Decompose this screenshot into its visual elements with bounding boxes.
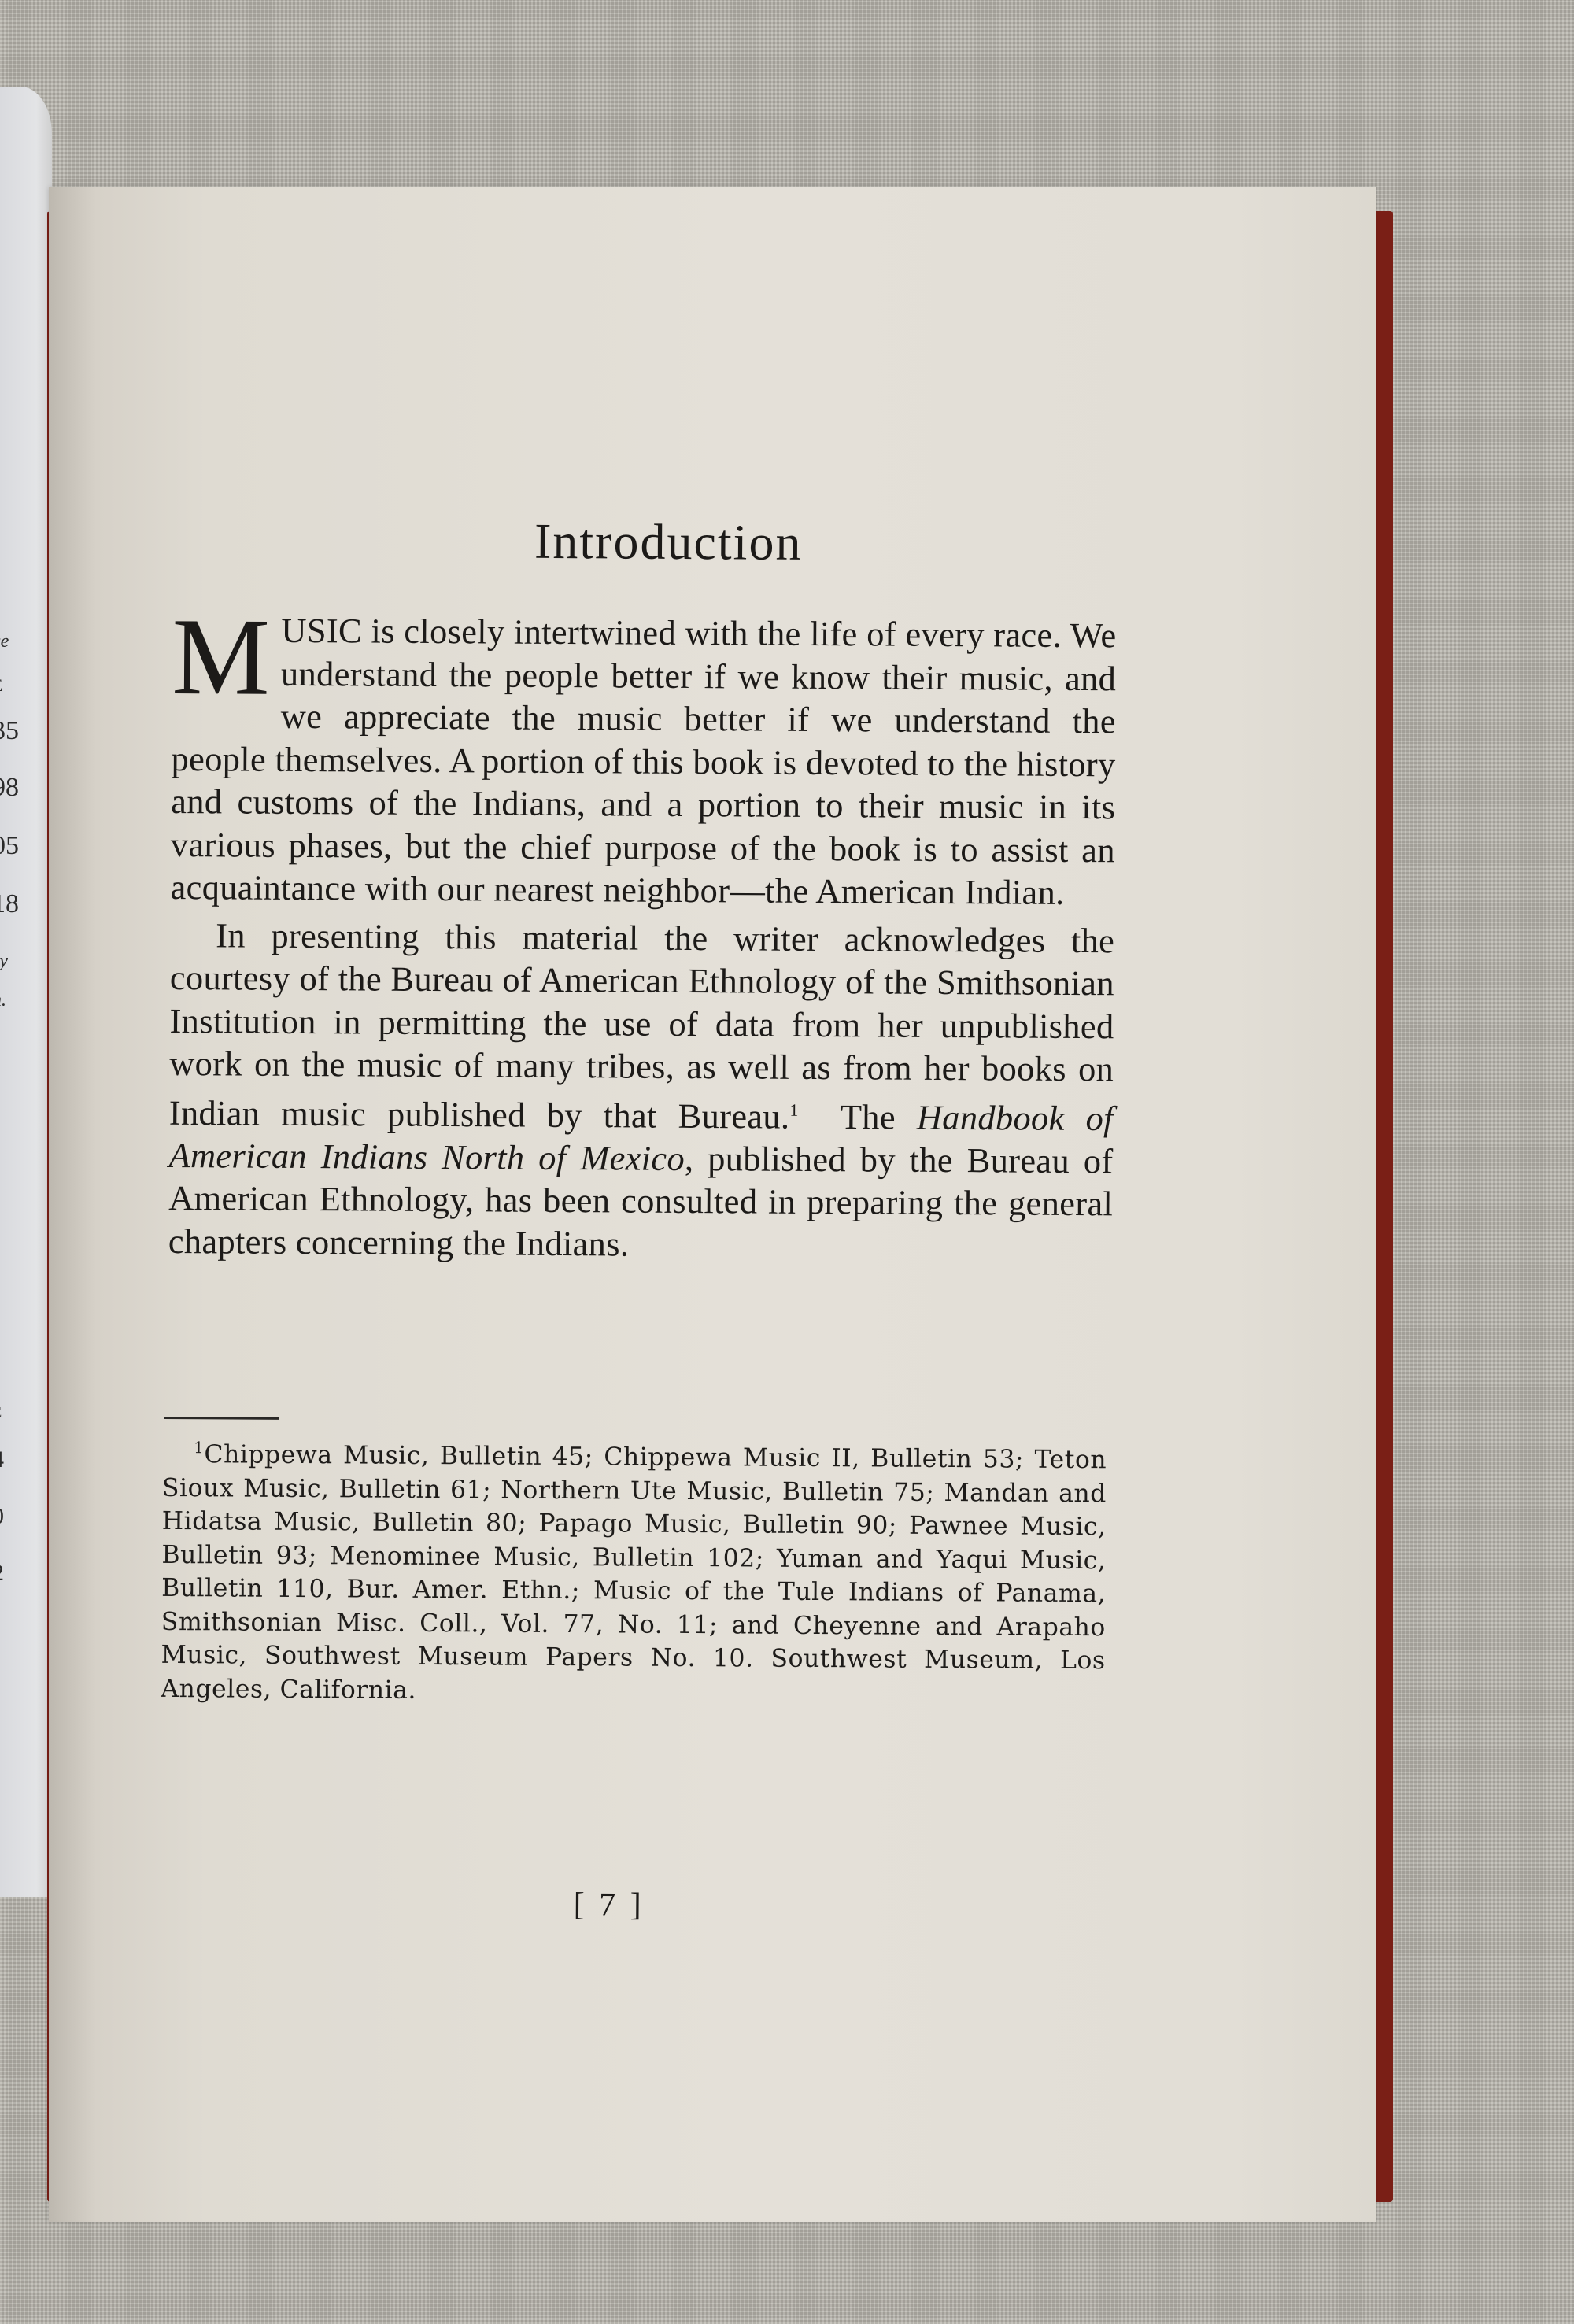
book-page: Introduction MUSIC is closely intertwine… <box>49 187 1376 2222</box>
paragraph-1-text: USIC is closely intertwined with the lif… <box>170 611 1116 912</box>
previous-page-fragment: 18 <box>0 889 19 919</box>
body-text: MUSIC is closely intertwined with the li… <box>168 608 1117 1269</box>
previous-page-fragment: E <box>0 675 2 696</box>
page-number: [ 7 ] <box>164 1883 1054 1927</box>
footnote-marker: 1 <box>194 1438 204 1457</box>
previous-page-fragment: 98 <box>0 773 19 803</box>
footnote-text: Chippewa Music, Bulletin 45; Chippewa Mu… <box>161 1440 1107 1704</box>
previous-page-fragment: sy <box>0 951 8 972</box>
footnote: 1Chippewa Music, Bulletin 45; Chippewa M… <box>161 1431 1107 1711</box>
footnote-reference: 1 <box>789 1099 798 1119</box>
previous-page-fragment: 35 <box>0 716 19 746</box>
previous-page-fragment: 05 <box>0 831 19 861</box>
previous-page-fragment: E <box>0 1404 2 1422</box>
footnote-divider <box>164 1417 279 1420</box>
paragraph-2-text-middle: The <box>799 1096 917 1136</box>
previous-page-fragment: 0 <box>0 1503 4 1530</box>
drop-cap: M <box>172 613 270 697</box>
previous-page-fragment: 2 <box>0 1560 4 1587</box>
paragraph-1: MUSIC is closely intertwined with the li… <box>170 608 1116 914</box>
previous-page-fragment: 4 <box>0 1446 4 1473</box>
page-content: Introduction MUSIC is closely intertwine… <box>175 187 1166 194</box>
previous-page-fragment: ce <box>0 631 9 652</box>
previous-page-edge: ce E 35 98 05 18 sy n. E 4 0 2 <box>0 87 52 1897</box>
previous-page-fragment: n. <box>0 990 6 1011</box>
page-title: Introduction <box>172 510 1164 575</box>
paragraph-2: In presenting this material the writer a… <box>168 913 1115 1268</box>
